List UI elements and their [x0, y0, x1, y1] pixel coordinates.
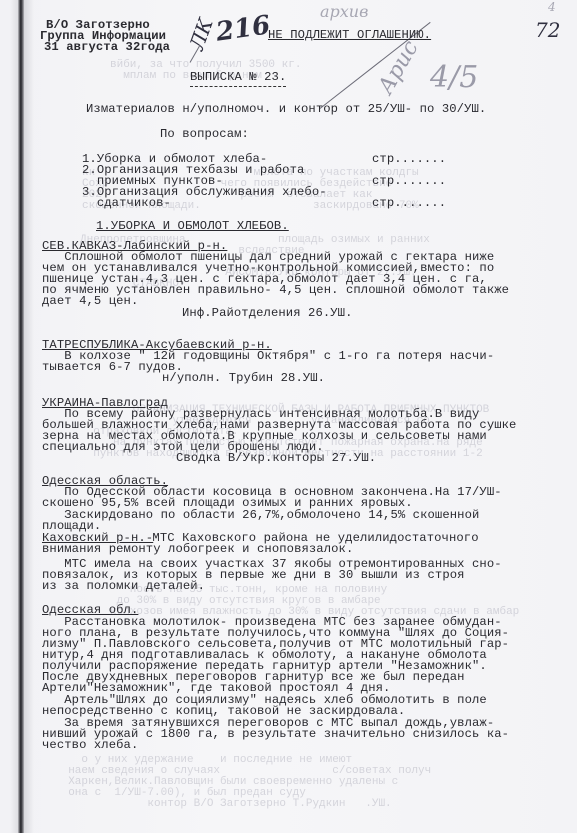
binding-edge — [18, 0, 24, 833]
entry-line: дает 4,5 цен. — [42, 296, 138, 308]
handwritten-page-number: 72 — [535, 18, 560, 42]
toc-item-3-cont: сдатчиков- — [82, 198, 171, 210]
entry-line: чество хлеба. — [42, 740, 138, 752]
toc-item-2-page: стр....... — [372, 176, 446, 188]
entry-line: из за поломки деталей. — [42, 581, 205, 593]
toc-item-3-page: стр....... — [372, 198, 446, 210]
handwritten-initials: ЛК — [184, 15, 218, 53]
entry-line: Заскирдовано по области 26,7%,обмолочено… — [42, 510, 479, 522]
handwritten-file-number: 216 — [214, 10, 272, 47]
entry-source: н/уполн. Трубин 28.УШ. — [162, 373, 325, 385]
handwritten-top-mark: 4 — [548, 0, 556, 14]
document-title: ВЫПИСКА № 23. — [190, 72, 286, 87]
entry-line: внимания ремонту лобогреек и сноповязало… — [42, 544, 353, 556]
org-line-3: 31 августа 32года — [44, 42, 170, 54]
source-line: Изматериалов н/уполномоч. и контор от 25… — [86, 104, 486, 116]
questions-heading: По вопросам: — [160, 129, 249, 141]
entry-source: Сводка В/Укр.конторы 27.УШ. — [176, 453, 376, 465]
bleed-through-text: о у них удержание и последние не имеют н… — [55, 755, 431, 810]
section-heading: 1.УБОРКА И ОБМОЛОТ ХЛЕБОВ. — [96, 221, 289, 233]
handwritten-signature-mark: 4/5 — [430, 60, 478, 95]
archival-document-page: вйби, за что получил 3500 кг. мплам по в… — [0, 0, 577, 833]
entry-source: Инф.Райотделения 26.УШ. — [182, 308, 353, 320]
toc-item-1-page: стр....... — [372, 154, 446, 166]
restriction-notice: НЕ ПОДЛЕЖИТ ОГЛАШЕНИЮ. — [268, 30, 431, 42]
faint-stamp-text: архив — [320, 2, 368, 21]
